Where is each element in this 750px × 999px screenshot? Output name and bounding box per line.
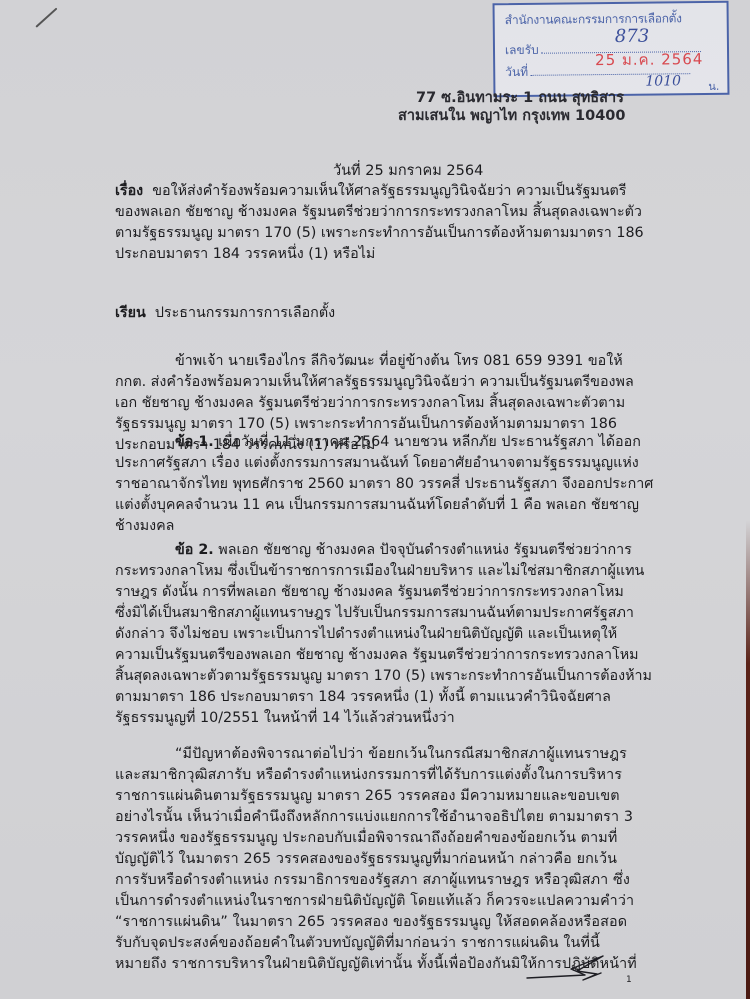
signature-mark	[525, 953, 625, 983]
paragraph-line: ราชอาณาจักรไทย พุทธศักราช 2560 มาตรา 80 …	[115, 474, 695, 495]
quoted-ruling: “มีปัญหาต้องพิจารณาต่อไปว่า ข้อยกเว้นในก…	[115, 744, 695, 975]
salutation-label: เรียน	[115, 305, 146, 321]
document-page: สำนักงานคณะกรรมการการเลือกตั้ง 873 เลขรั…	[0, 0, 750, 999]
letter-date: วันที่ 25 มกราคม 2564	[333, 159, 483, 182]
paragraph-line: รัฐธรรมนูญที่ 10/2551 ในหน้าที่ 14 ไว้แล…	[115, 708, 695, 729]
clause-2-paragraph: ข้อ 2. พลเอก ชัยชาญ ช้างมงคล ปัจจุบันดำร…	[115, 540, 695, 729]
quote-line: ราชการแผ่นดินตามรัฐธรรมนูญ มาตรา 265 วรร…	[115, 786, 695, 807]
page-edge-shadow	[746, 520, 750, 999]
quote-line: รับกับจุดประสงค์ของถ้อยคำในตัวบทบัญญัติท…	[115, 933, 695, 954]
quote-line: การรับหรือดำรงตำแหน่ง กรรมาธิการของรัฐสภ…	[115, 870, 695, 891]
paragraph-line: ตามมาตรา 186 ประกอบมาตรา 184 วรรคหนึ่ง (…	[115, 687, 695, 708]
salutation: เรียน ประธานกรรมการการเลือกตั้ง	[115, 303, 695, 324]
paragraph-line: ช้างมงคล	[115, 516, 695, 537]
paragraph-line: กกต. ส่งคำร้องพร้อมความเห็นให้ศาลรัฐธรรม…	[115, 372, 695, 393]
quote-line: เป็นการดำรงตำแหน่งในราชการฝ่ายนิติบัญญัต…	[115, 891, 695, 912]
paragraph-line: ดังกล่าว จึงไม่ชอบ เพราะเป็นการไปดำรงตำแ…	[115, 624, 695, 645]
paragraph-line: แต่งตั้งบุคคลจำนวน 11 คน เป็นกรรมการสมาน…	[115, 495, 695, 516]
salutation-recipient: ประธานกรรมการการเลือกตั้ง	[155, 305, 335, 321]
paragraph-line: ประกาศรัฐสภา เรื่อง แต่งตั้งกรรมการสมานฉ…	[115, 453, 695, 474]
paragraph-line: ซึ่งมิได้เป็นสมาชิกสภาผู้แทนราษฎร ไปรับเ…	[115, 603, 695, 624]
stamp-date-label: วันที่	[505, 65, 528, 79]
paragraph-line: เมื่อวันที่ 11 มกราคม 2564 นายชวน หลีกภั…	[218, 434, 641, 450]
subject-line: ตามรัฐธรรมนูญ มาตรา 170 (5) เพราะกระทำกา…	[115, 223, 695, 244]
receipt-stamp: สำนักงานคณะกรรมการการเลือกตั้ง 873 เลขรั…	[493, 1, 730, 97]
quote-line: วรรคหนึ่ง ของรัฐธรรมนูญ ประกอบกับเมื่อพิ…	[115, 828, 695, 849]
subject-label: เรื่อง	[115, 183, 143, 199]
clause-heading: ข้อ 1.	[175, 434, 214, 450]
subject-block: เรื่อง ขอให้ส่งคำร้องพร้อมความเห็นให้ศาล…	[115, 181, 695, 265]
paragraph-line: ข้าพเจ้า นายเรืองไกร ลีกิจวัฒนะ ที่อยู่ข…	[115, 351, 695, 372]
subject-line: ของพลเอก ชัยชาญ ช้างมงคล รัฐมนตรีช่วยว่า…	[115, 202, 695, 223]
pen-mark	[35, 8, 57, 28]
quote-line: อย่างไรนั้น เห็นว่าเมื่อคำนึงถึงหลักการแ…	[115, 807, 695, 828]
stamp-received-label: เลขรับ	[505, 43, 539, 57]
stamp-time-unit: น.	[708, 77, 719, 95]
clause-heading: ข้อ 2.	[175, 542, 214, 558]
sender-address-line-2: สามเสนใน พญาไท กรุงเทพ 10400	[398, 104, 625, 127]
stamp-office: สำนักงานคณะกรรมการการเลือกตั้ง	[505, 9, 682, 30]
subject-line: ขอให้ส่งคำร้องพร้อมความเห็นให้ศาลรัฐธรรม…	[152, 183, 626, 199]
paragraph-line: ความเป็นรัฐมนตรีของพลเอก ชัยชาญ ช้างมงคล…	[115, 645, 695, 666]
quote-line: บัญญัติไว้ ในมาตรา 265 วรรคสองของรัฐธรรม…	[115, 849, 695, 870]
paragraph-line: เอก ชัยชาญ ช้างมงคล รัฐมนตรีช่วยว่าการกร…	[115, 393, 695, 414]
quote-line: “มีปัญหาต้องพิจารณาต่อไปว่า ข้อยกเว้นในก…	[115, 744, 695, 765]
quote-line: “ราชการแผ่นดิน” ในมาตรา 265 วรรคสอง ของร…	[115, 912, 695, 933]
quote-line: และสมาชิกวุฒิสภารับ หรือดำรงตำแหน่งกรรมก…	[115, 765, 695, 786]
paragraph-line: กระทรวงกลาโหม ซึ่งเป็นข้าราชการการเมืองใ…	[115, 561, 695, 582]
subject-line: ประกอบมาตรา 184 วรรคหนึ่ง (1) หรือไม่	[115, 244, 695, 265]
paragraph-line: ราษฎร ดังนั้น การที่พลเอก ชัยชาญ ช้างมงค…	[115, 582, 695, 603]
paragraph-line: พลเอก ชัยชาญ ช้างมงคล ปัจจุบันดำรงตำแหน่…	[218, 542, 632, 558]
clause-1-paragraph: ข้อ 1. เมื่อวันที่ 11 มกราคม 2564 นายชวน…	[115, 432, 695, 537]
stamp-time: 1010	[645, 73, 681, 89]
paragraph-line: สิ้นสุดลงเฉพาะตัวตามรัฐธรรมนูญ มาตรา 170…	[115, 666, 695, 687]
page-number: 1	[626, 975, 632, 985]
